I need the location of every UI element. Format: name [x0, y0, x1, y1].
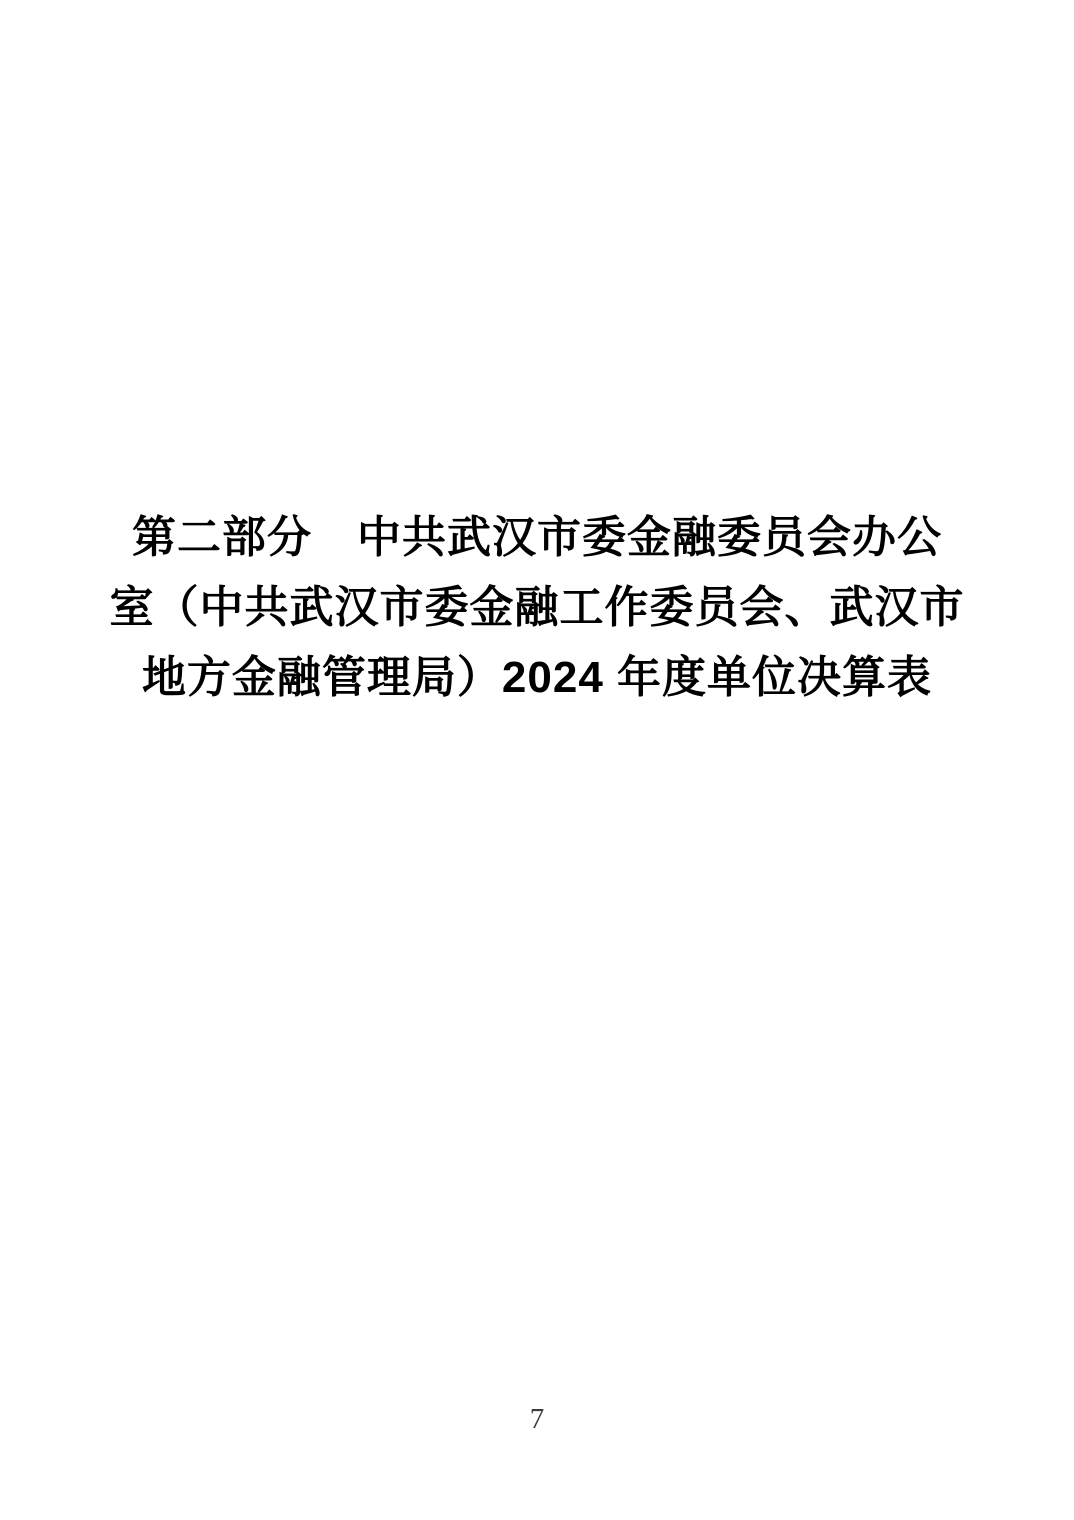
title-line-3: 地方金融管理局）2024 年度单位决算表: [0, 643, 1074, 713]
page-number: 7: [0, 1402, 1074, 1436]
title-line-2: 室（中共武汉市委金融工作委员会、武汉市: [0, 573, 1074, 643]
title-line-1: 第二部分 中共武汉市委金融委员会办公: [0, 503, 1074, 573]
document-page: 第二部分 中共武汉市委金融委员会办公 室（中共武汉市委金融工作委员会、武汉市 地…: [0, 0, 1074, 1520]
page-title: 第二部分 中共武汉市委金融委员会办公 室（中共武汉市委金融工作委员会、武汉市 地…: [0, 503, 1074, 713]
